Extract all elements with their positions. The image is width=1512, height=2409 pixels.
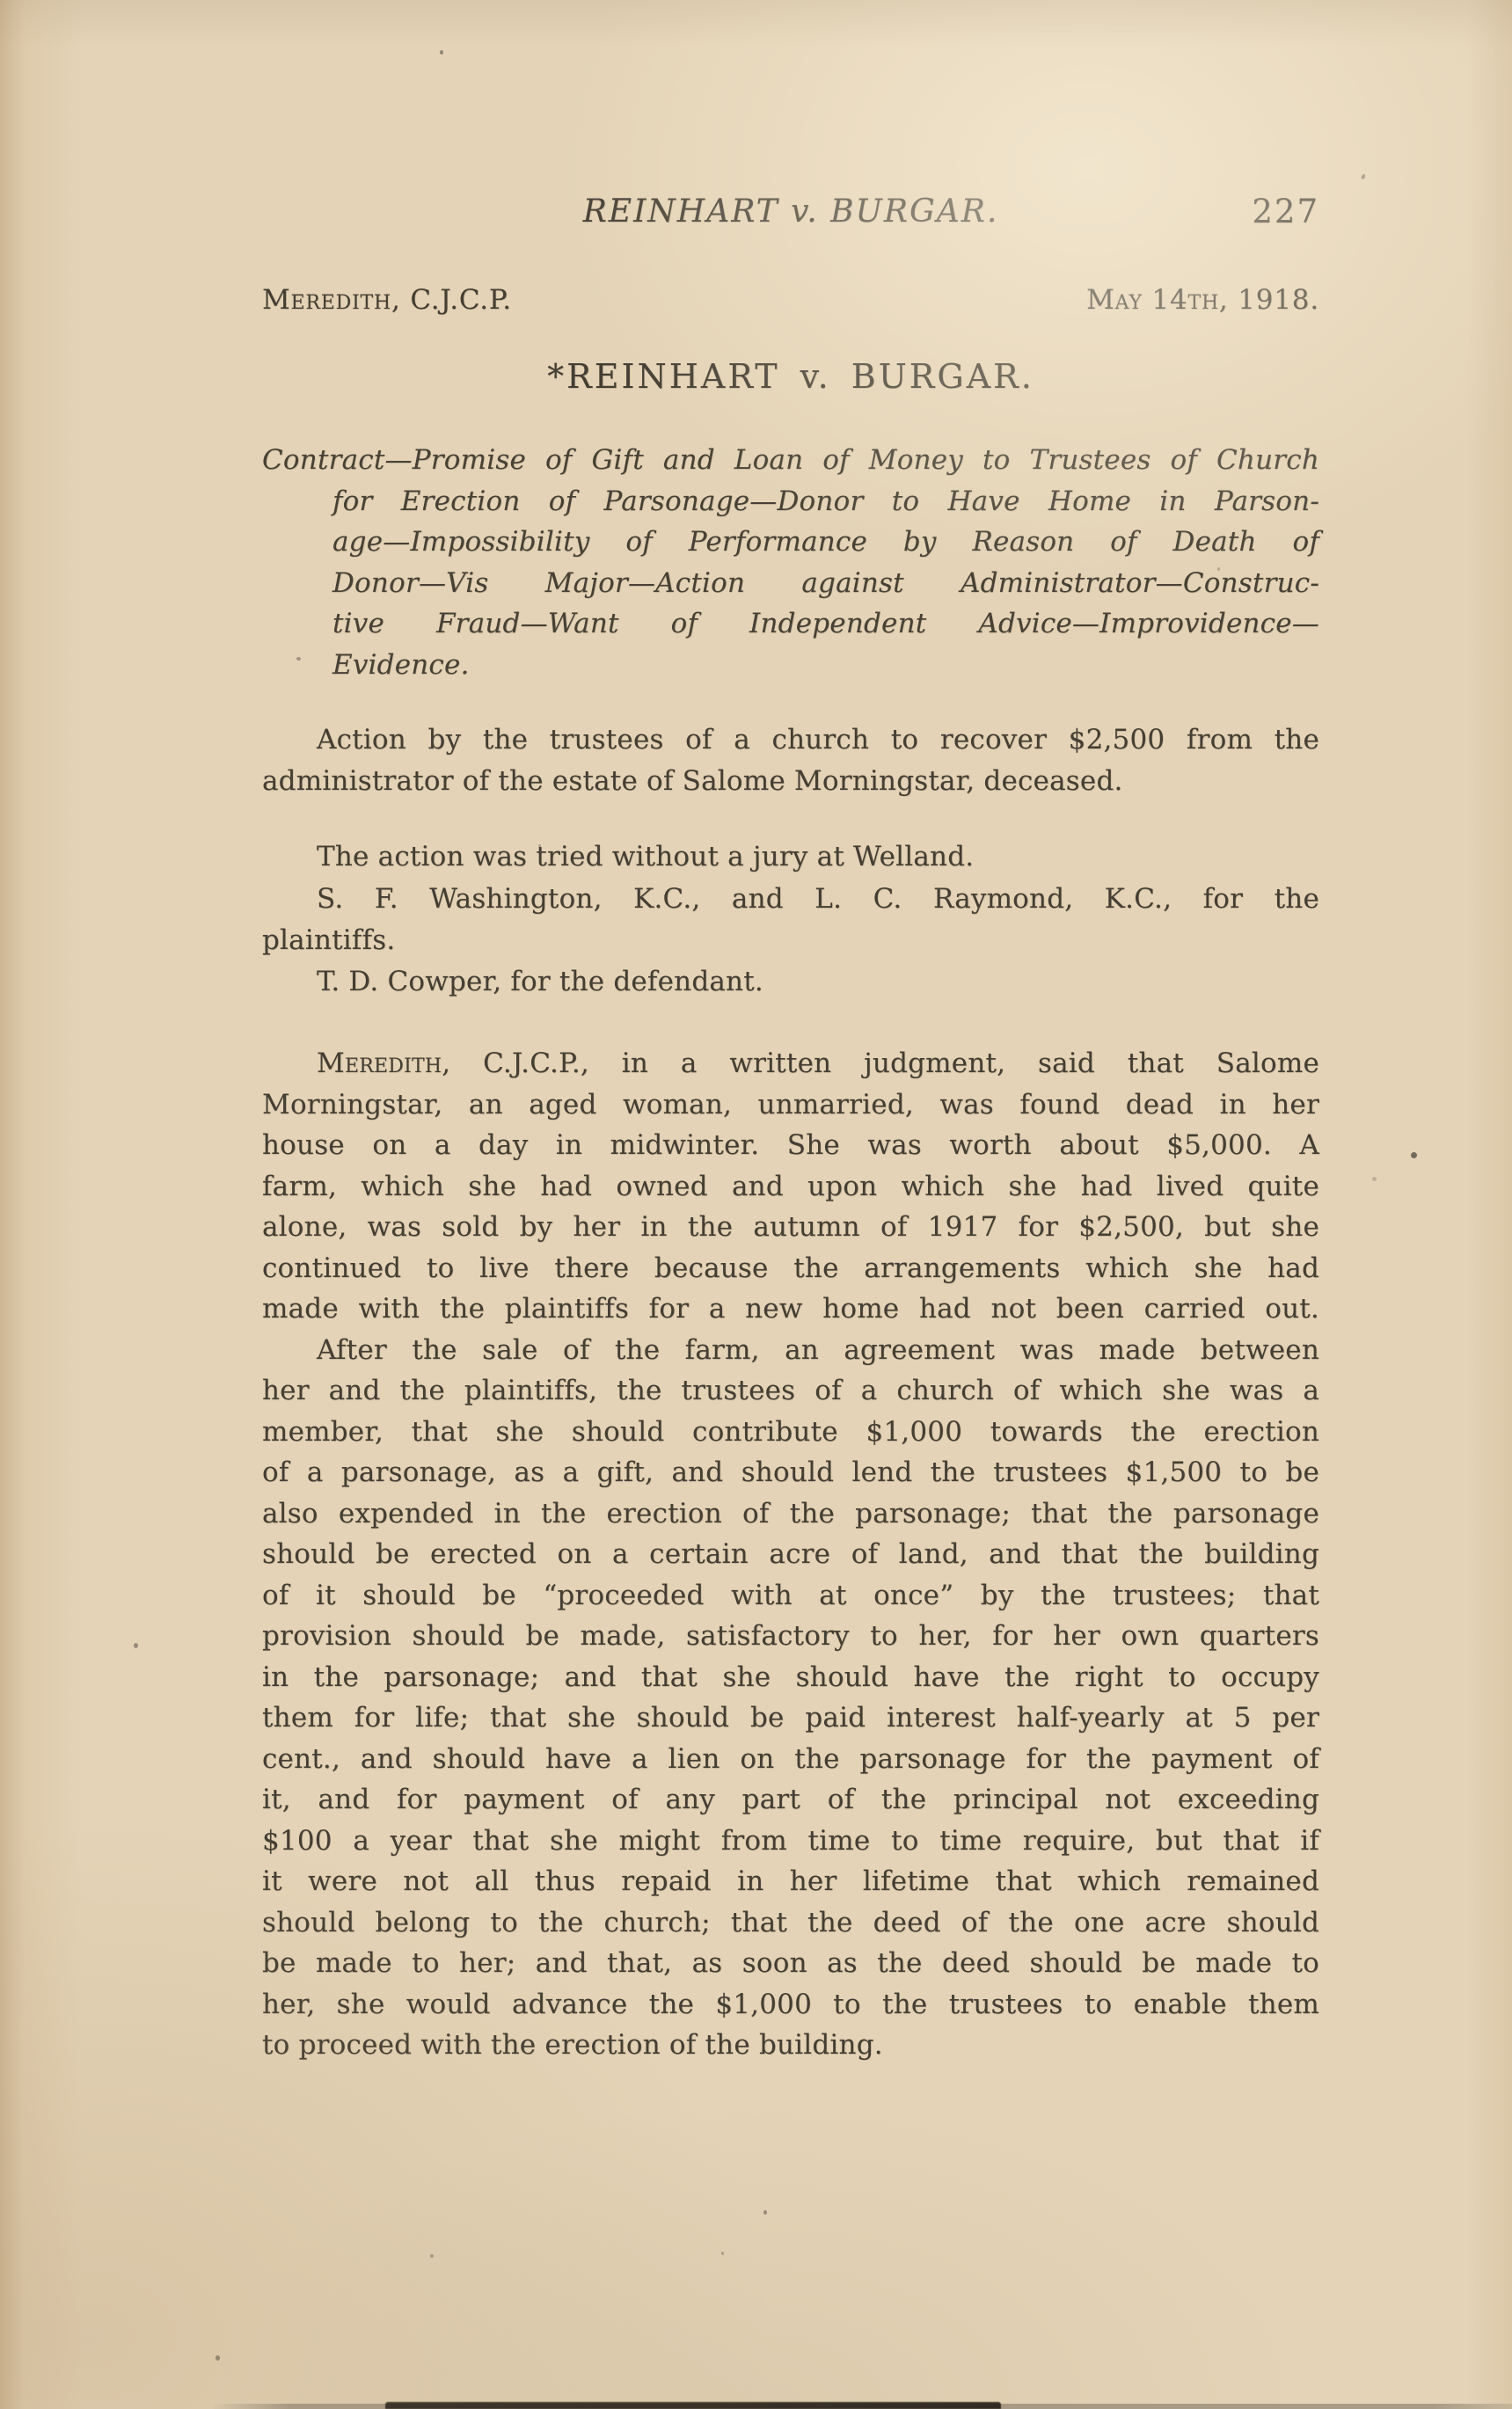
counsel-plaintiffs: S. F. Washington, K.C., and L. C. Raymon… bbox=[262, 879, 1319, 960]
text-line: should be erected on a certain acre of l… bbox=[262, 1534, 1319, 1575]
text-line: to proceed with the erection of the buil… bbox=[262, 2025, 1319, 2066]
judgment-text: Meredith, C.J.C.P., in a written judgmen… bbox=[262, 1043, 1319, 2066]
decision-date: May 14th, 1918. bbox=[1086, 280, 1319, 320]
running-title: REINHART v. BURGAR. bbox=[583, 193, 999, 230]
case-summary: Action by the trustees of a church to re… bbox=[262, 719, 1319, 801]
judgment-paragraph-1-opening-line: Meredith, C.J.C.P., in a written judgmen… bbox=[262, 1043, 1319, 1084]
scan-edge-bar bbox=[385, 2402, 1001, 2409]
text-line: Morningstar, an aged woman, unmarried, w… bbox=[262, 1084, 1319, 1126]
counsel-defendant: T. D. Cowper, for the defendant. bbox=[262, 961, 1319, 1003]
paper-speck bbox=[430, 2254, 434, 2258]
byline: Meredith, C.J.C.P. May 14th, 1918. bbox=[262, 280, 1319, 320]
text-line: Action by the trustees of a church to re… bbox=[262, 719, 1319, 761]
text-line: tive Fraud—Want of Independent Advice—Im… bbox=[332, 603, 1319, 645]
text-line: farm, which she had owned and upon which… bbox=[262, 1166, 1319, 1208]
text-line: it were not all thus repaid in her lifet… bbox=[262, 1861, 1319, 1902]
text-line: house on a day in midwinter. She was wor… bbox=[262, 1125, 1319, 1166]
text-line: $100 a year that she might from time to … bbox=[262, 1821, 1319, 1862]
text-line: of a parsonage, as a gift, and should le… bbox=[262, 1452, 1319, 1493]
paper-speck bbox=[215, 2355, 220, 2361]
paper-speck bbox=[763, 2210, 767, 2215]
running-header: REINHART v. BURGAR. 227 bbox=[262, 188, 1319, 236]
text-line: age—Impossibility of Performance by Reas… bbox=[332, 522, 1319, 563]
text-line: for Erection of Parsonage—Donor to Have … bbox=[332, 481, 1319, 522]
paper-speck bbox=[440, 50, 443, 55]
text-line: alone, was sold by her in the autumn of … bbox=[262, 1207, 1319, 1248]
text-line: of it should be “proceeded with at once”… bbox=[262, 1575, 1319, 1617]
text-line: The action was tried without a jury at W… bbox=[262, 836, 1319, 878]
judge-name-smallcaps: Meredith, C.J.C.P., bbox=[317, 1048, 589, 1079]
paper-speck bbox=[1361, 173, 1366, 179]
judgment-paragraph-1: Morningstar, an aged woman, unmarried, w… bbox=[262, 1084, 1319, 1330]
book-page-scan: REINHART v. BURGAR. 227 Meredith, C.J.C.… bbox=[0, 0, 1512, 2409]
text-line: After the sale of the farm, an agreement… bbox=[262, 1330, 1319, 1371]
text-line: made with the plaintiffs for a new home … bbox=[262, 1288, 1319, 1330]
trial-note: The action was tried without a jury at W… bbox=[262, 836, 1319, 878]
text-line: member, that she should contribute $1,00… bbox=[262, 1412, 1319, 1453]
text-line: plaintiffs. bbox=[262, 920, 1319, 961]
headnote: Contract—Promise of Gift and Loan of Mon… bbox=[262, 440, 1319, 685]
judge-name: Meredith, C.J.C.P. bbox=[262, 280, 512, 320]
judgment-paragraph-2: After the sale of the farm, an agreement… bbox=[262, 1330, 1319, 2066]
text-line: her, she would advance the $1,000 to the… bbox=[262, 1984, 1319, 2026]
text-line: Donor—Vis Major—Action against Administr… bbox=[332, 563, 1319, 604]
text-line: continued to live there because the arra… bbox=[262, 1248, 1319, 1289]
text-line: S. F. Washington, K.C., and L. C. Raymon… bbox=[262, 879, 1319, 920]
text-line: administrator of the estate of Salome Mo… bbox=[262, 761, 1319, 802]
text-line: her and the plaintiffs, the trustees of … bbox=[262, 1370, 1319, 1412]
text-line: provision should be made, satisfactory t… bbox=[262, 1616, 1319, 1657]
text-line: be made to her; and that, as soon as the… bbox=[262, 1943, 1319, 1984]
text-line: in the parsonage; and that she should ha… bbox=[262, 1657, 1319, 1698]
page-number: 227 bbox=[1252, 188, 1319, 236]
case-title: *REINHART v. BURGAR. bbox=[262, 354, 1319, 399]
text-line: Evidence. bbox=[332, 645, 1319, 686]
text-line: them for life; that she should be paid i… bbox=[262, 1697, 1319, 1739]
text-line: T. D. Cowper, for the defendant. bbox=[262, 961, 1319, 1003]
opening-line-rest: in a written judgment, said that Salome bbox=[589, 1048, 1319, 1079]
paper-speck bbox=[1372, 1177, 1377, 1181]
text-line: should belong to the church; that the de… bbox=[262, 1902, 1319, 1944]
paper-speck bbox=[134, 1643, 138, 1648]
paper-speck bbox=[1411, 1152, 1417, 1158]
text-line: it, and for payment of any part of the p… bbox=[262, 1779, 1319, 1821]
text-line: Contract—Promise of Gift and Loan of Mon… bbox=[262, 440, 1319, 481]
text-line: cent., and should have a lien on the par… bbox=[262, 1739, 1319, 1780]
paper-speck bbox=[721, 2252, 724, 2255]
text-line: also expended in the erection of the par… bbox=[262, 1493, 1319, 1535]
